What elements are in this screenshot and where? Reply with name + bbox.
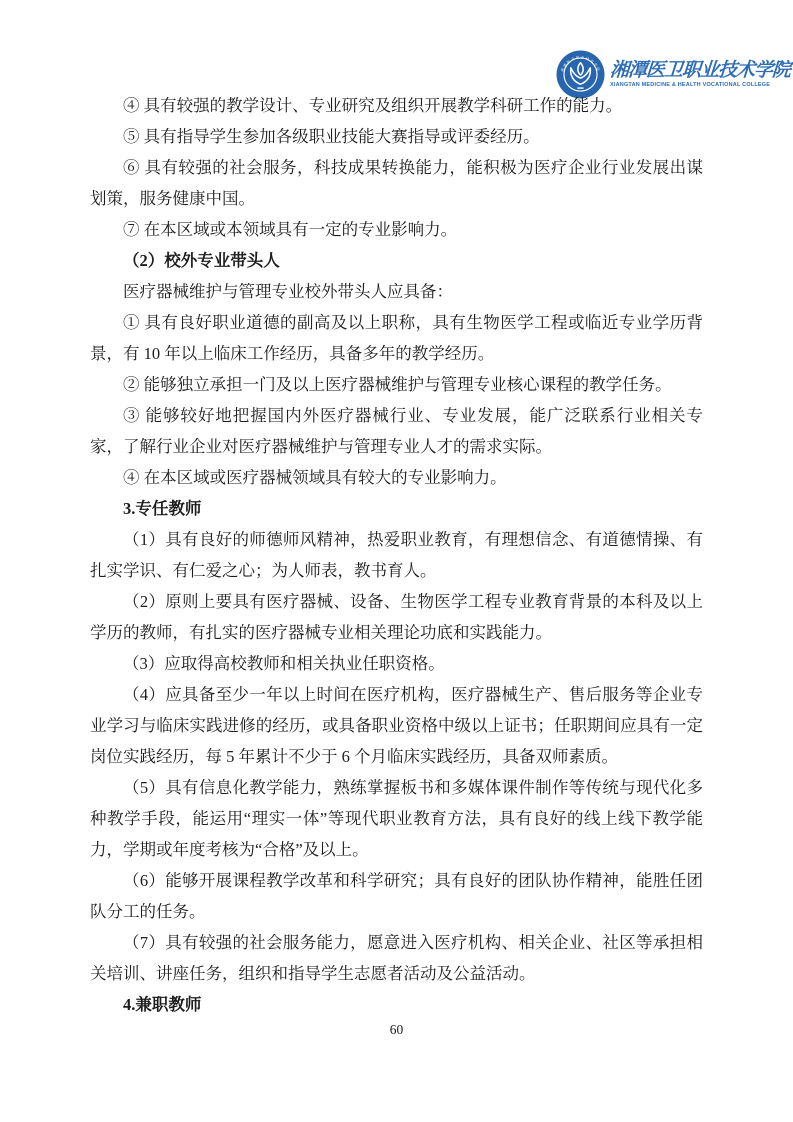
college-name-block: 湘潭医卫职业技术学院 XIANGTAN MEDICINE & HEALTH VO… — [610, 61, 790, 89]
section-heading-parttime-teachers: 4.兼职教师 — [90, 989, 703, 1020]
paragraph: ⑦ 在本区域或本领域具有一定的专业影响力。 — [90, 214, 703, 245]
page-footer: 60 — [0, 1022, 793, 1038]
paragraph: ④ 具有较强的教学设计、专业研究及组织开展教学科研工作的能力。 — [90, 90, 703, 121]
document-page: 湘潭医卫职业技术学院 湘潭医卫职业技术学院 XIANGTAN MEDICINE … — [0, 0, 793, 1122]
paragraph: （6）能够开展课程教学改革和科学研究；具有良好的团队协作精神，能胜任团队分工的任… — [90, 865, 703, 927]
document-body: ④ 具有较强的教学设计、专业研究及组织开展教学科研工作的能力。 ⑤ 具有指导学生… — [90, 90, 703, 1020]
paragraph: ⑤ 具有指导学生参加各级职业技能大赛指导或评委经历。 — [90, 121, 703, 152]
paragraph: （1）具有良好的师德师风精神，热爱职业教育，有理想信念、有道德情操、有扎实学识、… — [90, 524, 703, 586]
paragraph: ② 能够独立承担一门及以上医疗器械维护与管理专业核心课程的教学任务。 — [90, 369, 703, 400]
section-heading-off-campus-leader: （2）校外专业带头人 — [90, 245, 703, 276]
paragraph: ⑥ 具有较强的社会服务，科技成果转换能力，能积极为医疗企业行业发展出谋划策，服务… — [90, 152, 703, 214]
paragraph: （2）原则上要具有医疗器械、设备、生物医学工程专业教育背景的本科及以上学历的教师… — [90, 586, 703, 648]
college-name-english: XIANGTAN MEDICINE & HEALTH VOCATIONAL CO… — [610, 83, 790, 89]
paragraph: ④ 在本区域或医疗器械领域具有较大的专业影响力。 — [90, 462, 703, 493]
paragraph: （7）具有较强的社会服务能力，愿意进入医疗机构、相关企业、社区等承担相关培训、讲… — [90, 927, 703, 989]
paragraph: 医疗器械维护与管理专业校外带头人应具备： — [90, 276, 703, 307]
section-heading-fulltime-teachers: 3.专任教师 — [90, 493, 703, 524]
paragraph: （5）具有信息化教学能力，熟练掌握板书和多媒体课件制作等传统与现代化多种教学手段… — [90, 772, 703, 865]
paragraph: ① 具有良好职业道德的副高及以上职称，具有生物医学工程或临近专业学历背景，有 1… — [90, 307, 703, 369]
paragraph: （3）应取得高校教师和相关执业任职资格。 — [90, 648, 703, 679]
college-name-chinese: 湘潭医卫职业技术学院 — [609, 61, 790, 80]
paragraph: （4）应具备至少一年以上时间在医疗机构，医疗器械生产、售后服务等企业专业学习与临… — [90, 679, 703, 772]
paragraph: ③ 能够较好地把握国内外医疗器械行业、专业发展，能广泛联系行业相关专家，了解行业… — [90, 400, 703, 462]
page-number: 60 — [390, 1022, 404, 1037]
